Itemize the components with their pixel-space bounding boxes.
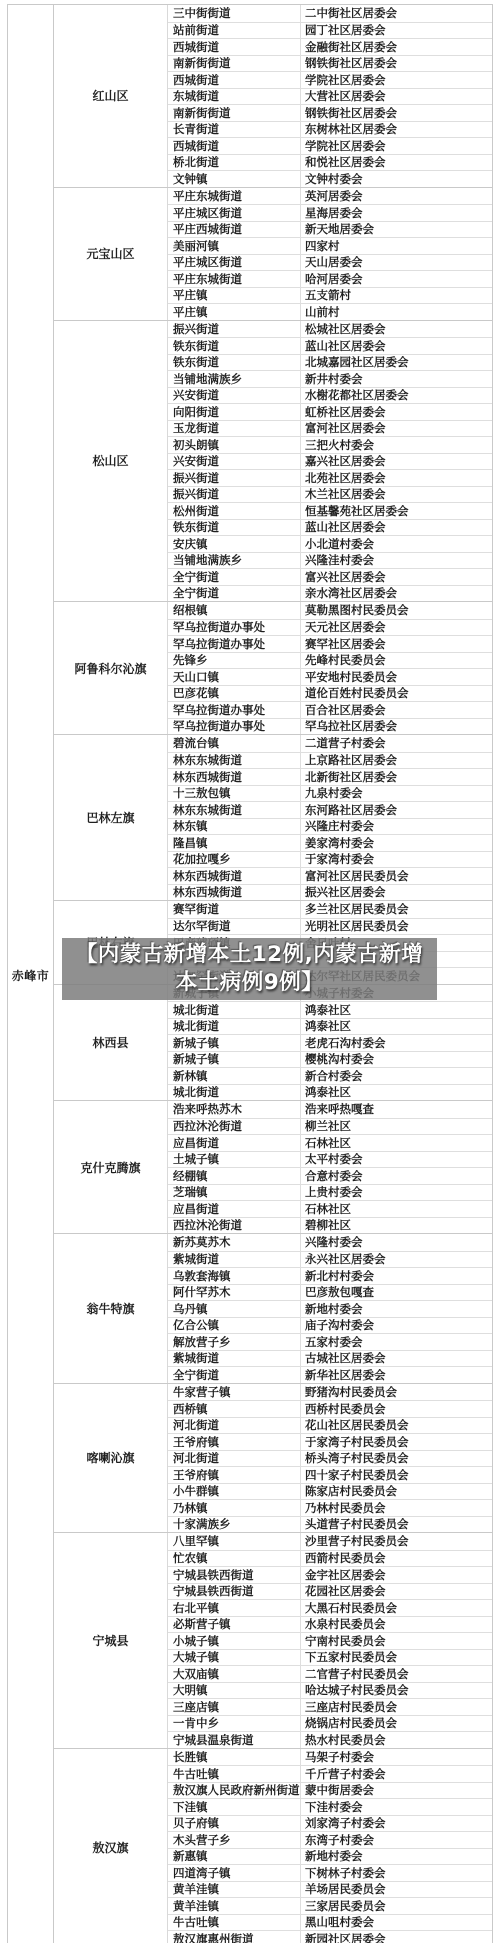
table-row: 玉龙街道富河社区居委会 [168, 420, 492, 437]
district-cell: 宁城县 [54, 1533, 168, 1748]
committee-cell: 乃林村民委员会 [301, 1500, 492, 1516]
committee-cell: 和悦社区居委会 [301, 154, 492, 170]
street-cell: 初头朗镇 [168, 437, 301, 453]
committee-cell: 北新街社区居委会 [301, 769, 492, 785]
street-cell: 罕乌拉街道办事处 [168, 702, 301, 718]
district-group: 克什克腾旗浩来呼热苏木浩来呼热嘎查西拉沐沦街道柳兰社区应昌街道石林社区土城子镇太… [54, 1100, 492, 1233]
district-cell: 喀喇沁旗 [54, 1384, 168, 1533]
committee-cell: 星海居委会 [301, 205, 492, 221]
table-row: 三座店镇三座店村民委员会 [168, 1698, 492, 1715]
street-cell: 长青街道 [168, 122, 301, 138]
street-cell: 林东西城街道 [168, 885, 301, 901]
street-cell: 新林镇 [168, 1068, 301, 1084]
table-row: 天山口镇平安地村民委员会 [168, 668, 492, 685]
street-cell: 平庄西城街道 [168, 222, 301, 238]
street-cell: 宁城县铁西街道 [168, 1584, 301, 1600]
committee-cell: 老虎石沟村委会 [301, 1035, 492, 1051]
table-row: 罕乌拉街道办事处天元社区居委会 [168, 619, 492, 636]
table-row: 向阳街道虹桥社区居委会 [168, 403, 492, 420]
table-row: 站前街道园丁社区居委会 [168, 22, 492, 39]
committee-cell: 宁南村民委员会 [301, 1633, 492, 1649]
street-cell: 三中街街道 [168, 5, 301, 22]
table-row: 罕乌拉街道办事处百合社区居委会 [168, 701, 492, 718]
street-cell: 玉龙街道 [168, 421, 301, 437]
street-cell: 罕乌拉街道办事处 [168, 620, 301, 636]
district-group: 林西县新城子镇小城子村委会城北街道鸿泰社区城北街道鸿泰社区新城子镇老虎石沟村委会… [54, 984, 492, 1101]
committee-cell: 金宇社区居委会 [301, 1567, 492, 1583]
committee-cell: 樱桃沟村委会 [301, 1051, 492, 1067]
street-cell: 林东西城街道 [168, 868, 301, 884]
committee-cell: 古城社区居委会 [301, 1350, 492, 1366]
street-cell: 三座店镇 [168, 1699, 301, 1715]
street-cell: 平庄镇 [168, 288, 301, 304]
committee-cell: 石林社区 [301, 1201, 492, 1217]
table-row: 城北街道鸿泰社区 [168, 1084, 492, 1101]
committee-cell: 下五家村民委员会 [301, 1649, 492, 1665]
district-cell: 克什克腾旗 [54, 1101, 168, 1233]
committee-cell: 东河路社区居委会 [301, 802, 492, 818]
page: 赤峰市 红山区三中街街道二中街社区居委会站前街道园丁社区居委会西城街道金融街社区… [0, 0, 500, 1943]
table-row: 西城街道金融街社区居委会 [168, 38, 492, 55]
street-cell: 阿什罕苏木 [168, 1285, 301, 1301]
street-cell: 紫城街道 [168, 1252, 301, 1268]
table-row: 花加拉嘎乡于家湾村委会 [168, 851, 492, 868]
committee-cell: 大营社区居委会 [301, 88, 492, 104]
committee-cell: 先峰村民委员会 [301, 652, 492, 668]
street-cell: 达尔罕街道 [168, 919, 301, 935]
street-cell: 城北街道 [168, 1002, 301, 1018]
street-cell: 赛罕街道 [168, 901, 301, 918]
street-cell: 全宁街道 [168, 586, 301, 602]
committee-cell: 百合社区居委会 [301, 702, 492, 718]
street-cell: 西城街道 [168, 72, 301, 88]
committee-cell: 木兰社区居委会 [301, 486, 492, 502]
street-cell: 王爷府镇 [168, 1434, 301, 1450]
committee-cell: 亲水湾社区居委会 [301, 585, 492, 601]
street-cell: 亿合公镇 [168, 1318, 301, 1334]
table-row: 平庄西城街道新天地居委会 [168, 221, 492, 238]
city-cell: 赤峰市 [8, 5, 54, 1943]
table-row: 全宁街道新华社区居委会 [168, 1366, 492, 1383]
street-cell: 大明镇 [168, 1683, 301, 1699]
committee-cell: 二道营子村委会 [301, 735, 492, 751]
overlay-title: 【内蒙古新增本土12例,内蒙古新增本土病例9例】 [68, 941, 431, 997]
district-rows: 三中街街道二中街社区居委会站前街道园丁社区居委会西城街道金融街社区居委会南新街街… [168, 5, 492, 187]
committee-cell: 太平村委会 [301, 1151, 492, 1167]
street-cell: 宁城县温泉街道 [168, 1732, 301, 1748]
table-row: 隆昌镇姜家湾村委会 [168, 834, 492, 851]
committee-cell: 新华社区居委会 [301, 1367, 492, 1383]
committee-cell: 北苑社区居委会 [301, 470, 492, 486]
street-cell: 平庄东城街道 [168, 271, 301, 287]
committee-cell: 新北村村委会 [301, 1268, 492, 1284]
committee-cell: 北城嘉园社区居委会 [301, 354, 492, 370]
table-row: 达尔罕街道光明社区居民委员会 [168, 918, 492, 935]
street-cell: 罕乌拉街道办事处 [168, 719, 301, 735]
table-row: 长胜镇马架子村委会 [168, 1749, 492, 1766]
table-row: 四道湾子镇下树林子村委会 [168, 1864, 492, 1881]
table-row: 林东东城街道东河路社区居委会 [168, 801, 492, 818]
table-row: 当铺地满族乡新井村委会 [168, 370, 492, 387]
table-row: 忙农镇西箭村民委员会 [168, 1550, 492, 1567]
district-rows: 牛家营子镇野猪沟村民委员会西桥镇西桥村民委员会河北街道花山社区居民委员会王爷府镇… [168, 1384, 492, 1533]
street-cell: 八里罕镇 [168, 1533, 301, 1550]
table-row: 宁城县铁西街道花园社区居委会 [168, 1583, 492, 1600]
street-cell: 乃林镇 [168, 1500, 301, 1516]
table-row: 河北街道花山社区居民委员会 [168, 1417, 492, 1434]
committee-cell: 头道营子村民委员会 [301, 1516, 492, 1532]
district-cell: 翁牛特旗 [54, 1234, 168, 1383]
street-cell: 城北街道 [168, 1019, 301, 1035]
street-cell: 铁东街道 [168, 355, 301, 371]
district-group: 宁城县八里罕镇沙里营子村民委员会忙农镇西箭村民委员会宁城县铁西街道金宇社区居委会… [54, 1532, 492, 1748]
committee-cell: 哈河居委会 [301, 271, 492, 287]
committee-cell: 沙里营子村民委员会 [301, 1533, 492, 1549]
table-row: 王爷府镇四十家子村民委员会 [168, 1466, 492, 1483]
street-cell: 敖汉旗惠州街道 [168, 1931, 301, 1943]
committee-cell: 莫勒黑图村民委员会 [301, 602, 492, 618]
table-row: 乌丹镇新地村委会 [168, 1300, 492, 1317]
committee-cell: 永兴社区居委会 [301, 1251, 492, 1267]
district-cell: 巴林左旗 [54, 735, 168, 900]
committee-cell: 文钟村委会 [301, 171, 492, 187]
table-row: 安庆镇小北道村委会 [168, 535, 492, 552]
table-row: 新惠镇新地村委会 [168, 1848, 492, 1865]
table-row: 罕乌拉街道办事处赛罕社区居委会 [168, 635, 492, 652]
table-row: 兴安街道嘉兴社区居委会 [168, 453, 492, 470]
street-cell: 花加拉嘎乡 [168, 852, 301, 868]
committee-cell: 小北道村委会 [301, 536, 492, 552]
street-cell: 大双庙镇 [168, 1666, 301, 1682]
table-row: 小牛群镇陈家店村民委员会 [168, 1483, 492, 1500]
street-cell: 平庄城区街道 [168, 205, 301, 221]
committee-cell: 鸿泰社区 [301, 1084, 492, 1100]
street-cell: 土城子镇 [168, 1152, 301, 1168]
table-row: 平庄城区街道天山居委会 [168, 254, 492, 271]
street-cell: 南新街街道 [168, 56, 301, 72]
committee-cell: 二官营子村民委员会 [301, 1666, 492, 1682]
table-row: 新林镇新合村委会 [168, 1067, 492, 1084]
committee-cell: 兴隆村委会 [301, 1234, 492, 1250]
committee-cell: 富兴社区居委会 [301, 569, 492, 585]
committee-cell: 嘉兴社区居委会 [301, 453, 492, 469]
committee-cell: 三家居民委员会 [301, 1898, 492, 1914]
table-row: 平庄东城街道英河居委会 [168, 188, 492, 205]
street-cell: 王爷府镇 [168, 1467, 301, 1483]
committee-cell: 道伦百姓村民委员会 [301, 685, 492, 701]
street-cell: 应昌街道 [168, 1135, 301, 1151]
table-row: 小城子镇宁南村民委员会 [168, 1632, 492, 1649]
street-cell: 牛古吐镇 [168, 1766, 301, 1782]
street-cell: 安庆镇 [168, 536, 301, 552]
table-row: 应昌街道石林社区 [168, 1134, 492, 1151]
table-row: 三中街街道二中街社区居委会 [168, 5, 492, 22]
table-row: 铁东街道蓝山社区居委会 [168, 519, 492, 536]
street-cell: 河北街道 [168, 1451, 301, 1467]
district-rows: 长胜镇马架子村委会牛古吐镇千斤营子村委会敖汉旗人民政府新州街道蒙中街居委会下洼镇… [168, 1749, 492, 1943]
table-row: 宁城县温泉街道热水村民委员会 [168, 1731, 492, 1748]
committee-cell: 金融街社区居委会 [301, 39, 492, 55]
street-cell: 黄羊洼镇 [168, 1882, 301, 1898]
street-cell: 牛古吐镇 [168, 1915, 301, 1931]
table-row: 平庄镇五支箭村 [168, 287, 492, 304]
street-cell: 牛家营子镇 [168, 1384, 301, 1401]
table-row: 芝瑞镇上贵村委会 [168, 1184, 492, 1201]
table-row: 平庄镇山前村 [168, 303, 492, 320]
street-cell: 松州街道 [168, 503, 301, 519]
street-cell: 经棚镇 [168, 1168, 301, 1184]
district-rows: 新苏莫苏木兴隆村委会紫城街道永兴社区居委会乌敦套海镇新北村村委会阿什罕苏木巴彦敖… [168, 1234, 492, 1383]
committee-cell: 四十家子村民委员会 [301, 1467, 492, 1483]
table-row: 牛家营子镇野猪沟村民委员会 [168, 1384, 492, 1401]
committee-cell: 西桥村民委员会 [301, 1401, 492, 1417]
table-row: 全宁街道富兴社区居委会 [168, 568, 492, 585]
table-row: 黄羊洼镇三家居民委员会 [168, 1897, 492, 1914]
table-row: 振兴街道松城社区居委会 [168, 321, 492, 338]
street-cell: 兴安街道 [168, 454, 301, 470]
committee-cell: 合意村委会 [301, 1168, 492, 1184]
street-cell: 碧流台镇 [168, 735, 301, 752]
committee-cell: 学院社区居委会 [301, 72, 492, 88]
table-row: 铁东街道北城嘉园社区居委会 [168, 354, 492, 371]
committee-cell: 钢铁街社区居委会 [301, 105, 492, 121]
table-row: 先锋乡先峰村民委员会 [168, 652, 492, 669]
table-row: 绍根镇莫勒黑图村民委员会 [168, 602, 492, 619]
table-row: 新城子镇老虎石沟村委会 [168, 1034, 492, 1051]
committee-cell: 水泉村民委员会 [301, 1616, 492, 1632]
committee-cell: 烧锅店村民委员会 [301, 1715, 492, 1731]
table-row: 当铺地满族乡兴隆洼村委会 [168, 552, 492, 569]
committee-cell: 四家村 [301, 238, 492, 254]
committee-cell: 千斤营子村委会 [301, 1766, 492, 1782]
district-cell: 红山区 [54, 5, 168, 187]
committee-cell: 光明社区居民委员会 [301, 918, 492, 934]
street-cell: 站前街道 [168, 23, 301, 39]
committee-cell: 热水村民委员会 [301, 1732, 492, 1748]
table-row: 八里罕镇沙里营子村民委员会 [168, 1533, 492, 1550]
committee-cell: 东树林社区居委会 [301, 121, 492, 137]
street-cell: 新惠镇 [168, 1849, 301, 1865]
committee-cell: 新合村委会 [301, 1068, 492, 1084]
committee-cell: 新地村委会 [301, 1848, 492, 1864]
table-row: 经棚镇合意村委会 [168, 1167, 492, 1184]
table-row: 新城子镇樱桃沟村委会 [168, 1051, 492, 1068]
district-cell: 林西县 [54, 985, 168, 1101]
table-row: 亿合公镇庙子沟村委会 [168, 1317, 492, 1334]
committee-cell: 新地村委会 [301, 1301, 492, 1317]
table-row: 松州街道恒基馨苑社区居委会 [168, 502, 492, 519]
table-row: 西拉沐沦街道碧柳社区 [168, 1217, 492, 1234]
table-row: 全宁街道亲水湾社区居委会 [168, 585, 492, 602]
district-group: 松山区振兴街道松城社区居委会铁东街道蓝山社区居委会铁东街道北城嘉园社区居委会当铺… [54, 320, 492, 602]
committee-cell: 羊场居民委员会 [301, 1881, 492, 1897]
street-cell: 向阳街道 [168, 404, 301, 420]
committee-cell: 东湾子村委会 [301, 1832, 492, 1848]
district-rows: 八里罕镇沙里营子村民委员会忙农镇西箭村民委员会宁城县铁西街道金宇社区居委会宁城县… [168, 1533, 492, 1748]
street-cell: 必斯营子镇 [168, 1617, 301, 1633]
street-cell: 先锋乡 [168, 653, 301, 669]
street-cell: 长胜镇 [168, 1749, 301, 1766]
committee-cell: 三座店村民委员会 [301, 1699, 492, 1715]
committee-cell: 西箭村民委员会 [301, 1550, 492, 1566]
street-cell: 浩来呼热苏木 [168, 1101, 301, 1118]
committee-cell: 天山居委会 [301, 254, 492, 270]
committee-cell: 二中街社区居委会 [301, 5, 492, 21]
table-row: 宁城县铁西街道金宇社区居委会 [168, 1566, 492, 1583]
table-row: 西城街道学院社区居委会 [168, 71, 492, 88]
street-cell: 忙农镇 [168, 1551, 301, 1567]
committee-cell: 蒙中街居委会 [301, 1782, 492, 1798]
street-cell: 一肯中乡 [168, 1716, 301, 1732]
committee-cell: 五支箭村 [301, 287, 492, 303]
committee-cell: 于家湾子村民委员会 [301, 1434, 492, 1450]
committee-cell: 柳兰社区 [301, 1118, 492, 1134]
district-group: 巴林左旗碧流台镇二道营子村委会林东东城街道上京路社区居委会林东西城街道北新街社区… [54, 734, 492, 900]
committee-cell: 黑山咀村委会 [301, 1914, 492, 1930]
street-cell: 西城街道 [168, 138, 301, 154]
table-row: 牛古吐镇黑山咀村委会 [168, 1914, 492, 1931]
committee-cell: 马架子村委会 [301, 1749, 492, 1765]
table-row: 黄羊洼镇羊场居民委员会 [168, 1881, 492, 1898]
street-cell: 木头营子乡 [168, 1832, 301, 1848]
street-cell: 东城街道 [168, 89, 301, 105]
district-group: 敖汉旗长胜镇马架子村委会牛古吐镇千斤营子村委会敖汉旗人民政府新州街道蒙中街居委会… [54, 1748, 492, 1943]
table-row: 应昌街道石林社区 [168, 1200, 492, 1217]
district-group: 喀喇沁旗牛家营子镇野猪沟村民委员会西桥镇西桥村民委员会河北街道花山社区居民委员会… [54, 1383, 492, 1533]
table-row: 浩来呼热苏木浩来呼热嘎查 [168, 1101, 492, 1118]
street-cell: 桥北街道 [168, 155, 301, 171]
street-cell: 平庄镇 [168, 304, 301, 320]
committee-cell: 恒基馨苑社区居委会 [301, 503, 492, 519]
district-cell: 松山区 [54, 321, 168, 602]
street-cell: 林东镇 [168, 819, 301, 835]
table-row: 长青街道东树林社区居委会 [168, 121, 492, 138]
street-cell: 铁东街道 [168, 520, 301, 536]
table-row: 下洼镇下洼村委会 [168, 1798, 492, 1815]
street-cell: 应昌街道 [168, 1201, 301, 1217]
street-cell: 西拉沐沦街道 [168, 1218, 301, 1234]
table-row: 敖汉旗人民政府新州街道蒙中街居委会 [168, 1782, 492, 1799]
district-rows: 新城子镇小城子村委会城北街道鸿泰社区城北街道鸿泰社区新城子镇老虎石沟村委会新城子… [168, 985, 492, 1101]
district-rows: 绍根镇莫勒黑图村民委员会罕乌拉街道办事处天元社区居委会罕乌拉街道办事处赛罕社区居… [168, 602, 492, 734]
district-group: 翁牛特旗新苏莫苏木兴隆村委会紫城街道永兴社区居委会乌敦套海镇新北村村委会阿什罕苏… [54, 1233, 492, 1383]
committee-cell: 新天地居委会 [301, 221, 492, 237]
committee-cell: 兴隆洼村委会 [301, 552, 492, 568]
table-row: 牛古吐镇千斤营子村委会 [168, 1765, 492, 1782]
committee-cell: 鸿泰社区 [301, 1002, 492, 1018]
district-rows: 振兴街道松城社区居委会铁东街道蓝山社区居委会铁东街道北城嘉园社区居委会当铺地满族… [168, 321, 492, 602]
table-row: 十三敖包镇九泉村委会 [168, 785, 492, 802]
street-cell: 乌敦套海镇 [168, 1268, 301, 1284]
street-cell: 铁东街道 [168, 338, 301, 354]
street-cell: 右北平镇 [168, 1600, 301, 1616]
street-cell: 罕乌拉街道办事处 [168, 636, 301, 652]
street-cell: 林东东城街道 [168, 802, 301, 818]
street-cell: 绍根镇 [168, 602, 301, 619]
table-row: 城北街道鸿泰社区 [168, 1001, 492, 1018]
committee-cell: 五家村委会 [301, 1334, 492, 1350]
table-row: 解放营子乡五家村委会 [168, 1333, 492, 1350]
table-row: 大双庙镇二官营子村民委员会 [168, 1665, 492, 1682]
table-row: 大城子镇下五家村民委员会 [168, 1649, 492, 1666]
street-cell: 西拉沐沦街道 [168, 1119, 301, 1135]
street-cell: 城北街道 [168, 1085, 301, 1101]
committee-cell: 花山社区居民委员会 [301, 1417, 492, 1433]
street-cell: 解放营子乡 [168, 1334, 301, 1350]
street-cell: 林东西城街道 [168, 769, 301, 785]
table-row: 兴安街道水榭花都社区居委会 [168, 387, 492, 404]
street-cell: 平庄城区街道 [168, 255, 301, 271]
district-group: 阿鲁科尔沁旗绍根镇莫勒黑图村民委员会罕乌拉街道办事处天元社区居委会罕乌拉街道办事… [54, 601, 492, 734]
street-cell: 西桥镇 [168, 1401, 301, 1417]
street-cell: 黄羊洼镇 [168, 1898, 301, 1914]
street-cell: 南新街街道 [168, 105, 301, 121]
table-row: 阿什罕苏木巴彦敖包嘎查 [168, 1284, 492, 1301]
street-cell: 十三敖包镇 [168, 786, 301, 802]
table-row: 林东西城街道振兴社区居委会 [168, 884, 492, 901]
street-cell: 敖汉旗人民政府新州街道 [168, 1783, 301, 1799]
district-cell: 阿鲁科尔沁旗 [54, 602, 168, 734]
committee-cell: 下树林子村委会 [301, 1865, 492, 1881]
table-row: 十家满族乡头道营子村民委员会 [168, 1516, 492, 1533]
table-row: 平庄城区街道星海居委会 [168, 204, 492, 221]
street-cell: 振兴街道 [168, 470, 301, 486]
street-cell: 小牛群镇 [168, 1484, 301, 1500]
table-row: 乌敦套海镇新北村村委会 [168, 1267, 492, 1284]
street-cell: 天山口镇 [168, 669, 301, 685]
table-row: 新苏莫苏木兴隆村委会 [168, 1234, 492, 1251]
street-cell: 大城子镇 [168, 1650, 301, 1666]
table-row: 赛罕街道多兰社区居民委员会 [168, 901, 492, 918]
overlay-banner: 【内蒙古新增本土12例,内蒙古新增本土病例9例】 [62, 938, 437, 1000]
committee-cell: 上京路社区居委会 [301, 752, 492, 768]
committee-cell: 富河社区居委会 [301, 420, 492, 436]
committee-cell: 花园社区居委会 [301, 1583, 492, 1599]
table-row: 紫城街道永兴社区居委会 [168, 1251, 492, 1268]
committee-cell: 巴彦敖包嘎查 [301, 1284, 492, 1300]
committee-cell: 哈达城子村民委员会 [301, 1682, 492, 1698]
committee-cell: 陈家店村民委员会 [301, 1483, 492, 1499]
committee-cell: 松城社区居委会 [301, 321, 492, 337]
table-row: 南新街街道钢铁街社区居委会 [168, 104, 492, 121]
table-row: 右北平镇大黑石村民委员会 [168, 1599, 492, 1616]
street-cell: 振兴街道 [168, 487, 301, 503]
committee-cell: 兴隆庄村委会 [301, 818, 492, 834]
district-group: 红山区三中街街道二中街社区居委会站前街道园丁社区居委会西城街道金融街社区居委会南… [54, 5, 492, 187]
committee-cell: 石林社区 [301, 1135, 492, 1151]
committee-cell: 于家湾村委会 [301, 851, 492, 867]
committee-cell: 英河居委会 [301, 188, 492, 204]
table-row: 西桥镇西桥村民委员会 [168, 1400, 492, 1417]
table-row: 木头营子乡东湾子村委会 [168, 1831, 492, 1848]
table-row: 平庄东城街道哈河居委会 [168, 270, 492, 287]
committee-cell: 富河社区居民委员会 [301, 868, 492, 884]
table-row: 贝子府镇刘家湾子村委会 [168, 1815, 492, 1832]
street-cell: 当铺地满族乡 [168, 371, 301, 387]
committee-cell: 下洼村委会 [301, 1799, 492, 1815]
table-row: 西拉沐沦街道柳兰社区 [168, 1118, 492, 1135]
table-row: 大明镇哈达城子村民委员会 [168, 1682, 492, 1699]
committee-cell: 桥头湾子村民委员会 [301, 1450, 492, 1466]
street-cell: 河北街道 [168, 1418, 301, 1434]
committee-cell: 钢铁街社区居委会 [301, 55, 492, 71]
table-row: 林东西城街道富河社区居民委员会 [168, 867, 492, 884]
street-cell: 平庄东城街道 [168, 188, 301, 205]
committee-cell: 山前村 [301, 304, 492, 320]
street-cell: 紫城街道 [168, 1351, 301, 1367]
table-row: 桥北街道和悦社区居委会 [168, 154, 492, 171]
street-cell: 西城街道 [168, 39, 301, 55]
